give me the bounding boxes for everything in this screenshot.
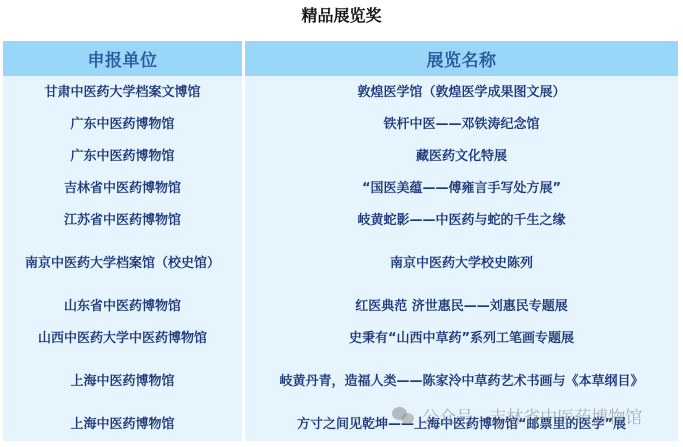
unit-cell: 广东中医药博物馆 — [3, 140, 242, 172]
unit-cell: 南京中医药大学档案馆（校史馆） — [3, 236, 242, 290]
table-row: 甘肃中医药大学档案文博馆 敦煌医学馆（敦煌医学成果图文展） — [3, 76, 678, 108]
exhibition-cell: 铁杆中医——邓铁涛纪念馆 — [245, 108, 678, 140]
unit-cell: 上海中医药博物馆 — [3, 354, 242, 408]
table-row: 广东中医药博物馆 铁杆中医——邓铁涛纪念馆 — [3, 108, 678, 140]
table-row: 上海中医药博物馆 方寸之间见乾坤——上海中医药博物馆“邮票里的医学”展 — [3, 408, 678, 441]
unit-cell: 山东省中医药博物馆 — [3, 290, 242, 322]
unit-cell: 吉林省中医药博物馆 — [3, 172, 242, 204]
exhibition-cell: “国医美蕴——傅雍言手写处方展” — [245, 172, 678, 204]
unit-cell: 广东中医药博物馆 — [3, 108, 242, 140]
exhibition-cell: 南京中医药大学校史陈列 — [245, 236, 678, 290]
column-header-exhibition: 展览名称 — [245, 41, 678, 76]
unit-cell: 山西中医药大学中医药博物馆 — [3, 322, 242, 354]
table-row: 吉林省中医药博物馆 “国医美蕴——傅雍言手写处方展” — [3, 172, 678, 204]
unit-cell: 上海中医药博物馆 — [3, 408, 242, 441]
table-row: 江苏省中医药博物馆 岐黄蛇影——中医药与蛇的千生之缘 — [3, 204, 678, 236]
exhibition-cell: 史秉有“山西中草药”系列工笔画专题展 — [245, 322, 678, 354]
exhibition-cell: 藏医药文化特展 — [245, 140, 678, 172]
table-row: 广东中医药博物馆 藏医药文化特展 — [3, 140, 678, 172]
table-row: 山西中医药大学中医药博物馆 史秉有“山西中草药”系列工笔画专题展 — [3, 322, 678, 354]
unit-cell: 甘肃中医药大学档案文博馆 — [3, 76, 242, 108]
table-row: 山东省中医药博物馆 红医典范 济世惠民——刘惠民专题展 — [3, 290, 678, 322]
table-row: 南京中医药大学档案馆（校史馆） 南京中医药大学校史陈列 — [3, 236, 678, 290]
table-header-row: 申报单位 展览名称 — [3, 41, 678, 76]
unit-cell: 江苏省中医药博物馆 — [3, 204, 242, 236]
exhibition-cell: 岐黄蛇影——中医药与蛇的千生之缘 — [245, 204, 678, 236]
exhibition-cell: 敦煌医学馆（敦煌医学成果图文展） — [245, 76, 678, 108]
awards-table: 申报单位 展览名称 甘肃中医药大学档案文博馆 敦煌医学馆（敦煌医学成果图文展） … — [3, 41, 678, 441]
column-header-unit: 申报单位 — [3, 41, 242, 76]
table-row: 上海中医药博物馆 岐黄丹青，造福人类——陈家泠中草药艺术书画与《本草纲目》 — [3, 354, 678, 408]
exhibition-cell: 岐黄丹青，造福人类——陈家泠中草药艺术书画与《本草纲目》 — [245, 354, 678, 408]
page-title: 精品展览奖 — [0, 5, 683, 27]
exhibition-cell: 红医典范 济世惠民——刘惠民专题展 — [245, 290, 678, 322]
exhibition-cell: 方寸之间见乾坤——上海中医药博物馆“邮票里的医学”展 — [245, 408, 678, 441]
